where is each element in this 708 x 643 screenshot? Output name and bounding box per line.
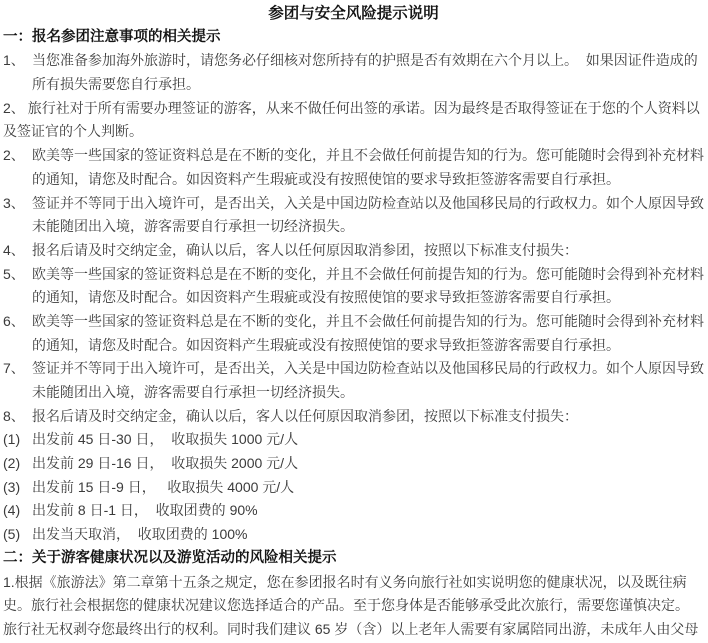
line-text: 未能随团出入境，游客需要自行承担一切经济损失。 (32, 384, 354, 400)
paragraph-line: 史。旅行社会根据您的健康状况建议您选择适合的产品。至于您身体是否能够承受此次旅行… (3, 594, 704, 618)
paragraph-line: 旅行社无权剥夺您最终出行的权利。同时我们建议 65 岁（含）以上老年人需要有家属… (3, 618, 704, 642)
line-text: 签证并不等同于出入境许可，是否出关，入关是中国边防检查站以及他国移民局的行政权力… (32, 195, 704, 211)
list-item-line: 5、欧美等一些国家的签证资料总是在不断的变化，并且不会做任何前提告知的行为。您可… (3, 263, 704, 287)
continuation-line: 的通知，请您及时配合。如因资料产生瑕疵或没有按照使馆的要求导致拒签游客需要自行承… (3, 334, 704, 358)
line-text: 当您准备参加海外旅游时，请您务必仔细核对您所持有的护照是否有效期在六个月以上。 … (32, 52, 698, 68)
list-item-line: (4)出发前 8 日-1 日， 收取团费的 90% (3, 499, 704, 523)
doc-title: 参团与安全风险提示说明 (3, 2, 704, 26)
list-item-line: 2、旅行社对于所有需要办理签证的游客，从来不做任何出签的承诺。因为最终是否取得签… (3, 97, 704, 121)
paragraph-line: 1.根据《旅游法》第二章第十五条之规定，您在参团报名时有义务向旅行社如实说明您的… (3, 571, 704, 595)
line-text: 出发前 29 日-16 日， 收取损失 2000 元/人 (32, 455, 298, 471)
line-text: 的通知，请您及时配合。如因资料产生瑕疵或没有按照使馆的要求导致拒签游客需要自行承… (32, 337, 620, 353)
line-text: 未能随团出入境，游客需要自行承担一切经济损失。 (32, 218, 354, 234)
list-marker: 7、 (3, 357, 32, 381)
line-text: 签证并不等同于出入境许可，是否出关，入关是中国边防检查站以及他国移民局的行政权力… (32, 360, 704, 376)
list-marker: 8、 (3, 405, 32, 429)
line-text: 旅行社无权剥夺您最终出行的权利。同时我们建议 65 岁（含）以上老年人需要有家属… (3, 621, 698, 637)
line-text: 所有损失需要您自行承担。 (32, 76, 200, 92)
line-text: 一：报名参团注意事项的相关提示 (3, 29, 221, 45)
line-text: 出发前 15 日-9 日， 收取损失 4000 元/人 (32, 479, 294, 495)
list-item-line: 8、报名后请及时交纳定金，确认以后，客人以任何原因取消参团，按照以下标准支付损失… (3, 405, 704, 429)
list-item-line: (3)出发前 15 日-9 日， 收取损失 4000 元/人 (3, 476, 704, 500)
document-page: 参团与安全风险提示说明一：报名参团注意事项的相关提示1、当您准备参加海外旅游时，… (0, 0, 708, 642)
section-heading: 一：报名参团注意事项的相关提示 (3, 26, 704, 50)
list-marker: (3) (3, 476, 32, 500)
line-text: 史。旅行社会根据您的健康状况建议您选择适合的产品。至于您身体是否能够承受此次旅行… (3, 597, 689, 613)
line-text: 报名后请及时交纳定金，确认以后，客人以任何原因取消参团，按照以下标准支付损失： (32, 408, 578, 424)
continuation-line: 的通知，请您及时配合。如因资料产生瑕疵或没有按照使馆的要求导致拒签游客需要自行承… (3, 286, 704, 310)
line-text: 报名后请及时交纳定金，确认以后，客人以任何原因取消参团，按照以下标准支付损失： (32, 242, 578, 258)
list-item-line: 1、当您准备参加海外旅游时，请您务必仔细核对您所持有的护照是否有效期在六个月以上… (3, 49, 704, 73)
list-item-line: 3、签证并不等同于出入境许可，是否出关，入关是中国边防检查站以及他国移民局的行政… (3, 192, 704, 216)
line-text: 的通知，请您及时配合。如因资料产生瑕疵或没有按照使馆的要求导致拒签游客需要自行承… (32, 171, 620, 187)
continuation-line: 未能随团出入境，游客需要自行承担一切经济损失。 (3, 381, 704, 405)
line-text: 出发当天取消， 收取团费的 100% (32, 526, 247, 542)
line-text: 的通知，请您及时配合。如因资料产生瑕疵或没有按照使馆的要求导致拒签游客需要自行承… (32, 289, 620, 305)
continuation-line: 所有损失需要您自行承担。 (3, 73, 704, 97)
list-marker: (4) (3, 499, 32, 523)
section-heading: 二：关于游客健康状况以及游览活动的风险相关提示 (3, 547, 704, 571)
line-text: 欧美等一些国家的签证资料总是在不断的变化，并且不会做任何前提告知的行为。您可能随… (32, 266, 704, 282)
list-item-line: 7、签证并不等同于出入境许可，是否出关，入关是中国边防检查站以及他国移民局的行政… (3, 357, 704, 381)
list-item-line: (2)出发前 29 日-16 日， 收取损失 2000 元/人 (3, 452, 704, 476)
list-item-line: (5)出发当天取消， 收取团费的 100% (3, 523, 704, 547)
list-marker: 6、 (3, 310, 32, 334)
line-text: 出发前 45 日-30 日， 收取损失 1000 元/人 (32, 431, 298, 447)
list-marker: (1) (3, 428, 32, 452)
list-marker: 4、 (3, 239, 32, 263)
list-marker: (5) (3, 523, 32, 547)
list-marker: (2) (3, 452, 32, 476)
line-text: 欧美等一些国家的签证资料总是在不断的变化，并且不会做任何前提告知的行为。您可能随… (32, 313, 704, 329)
list-marker: 3、 (3, 192, 32, 216)
paragraph-line: 及签证官的个人判断。 (3, 120, 704, 144)
list-marker: 2、 (3, 144, 32, 168)
line-text: 出发前 8 日-1 日， 收取团费的 90% (32, 502, 258, 518)
list-marker: 2、 (3, 97, 25, 121)
line-text: 及签证官的个人判断。 (3, 123, 143, 139)
list-marker: 5、 (3, 263, 32, 287)
line-text: 欧美等一些国家的签证资料总是在不断的变化，并且不会做任何前提告知的行为。您可能随… (32, 147, 704, 163)
list-item-line: 6、欧美等一些国家的签证资料总是在不断的变化，并且不会做任何前提告知的行为。您可… (3, 310, 704, 334)
line-text: 二：关于游客健康状况以及游览活动的风险相关提示 (3, 550, 337, 566)
continuation-line: 的通知，请您及时配合。如因资料产生瑕疵或没有按照使馆的要求导致拒签游客需要自行承… (3, 168, 704, 192)
line-text: 旅行社对于所有需要办理签证的游客，从来不做任何出签的承诺。因为最终是否取得签证在… (28, 100, 700, 116)
line-text: 参团与安全风险提示说明 (268, 5, 439, 22)
list-item-line: 4、报名后请及时交纳定金，确认以后，客人以任何原因取消参团，按照以下标准支付损失… (3, 239, 704, 263)
list-marker: 1、 (3, 49, 32, 73)
line-text: 1.根据《旅游法》第二章第十五条之规定，您在参团报名时有义务向旅行社如实说明您的… (3, 574, 687, 590)
list-item-line: (1)出发前 45 日-30 日， 收取损失 1000 元/人 (3, 428, 704, 452)
list-item-line: 2、欧美等一些国家的签证资料总是在不断的变化，并且不会做任何前提告知的行为。您可… (3, 144, 704, 168)
continuation-line: 未能随团出入境，游客需要自行承担一切经济损失。 (3, 215, 704, 239)
